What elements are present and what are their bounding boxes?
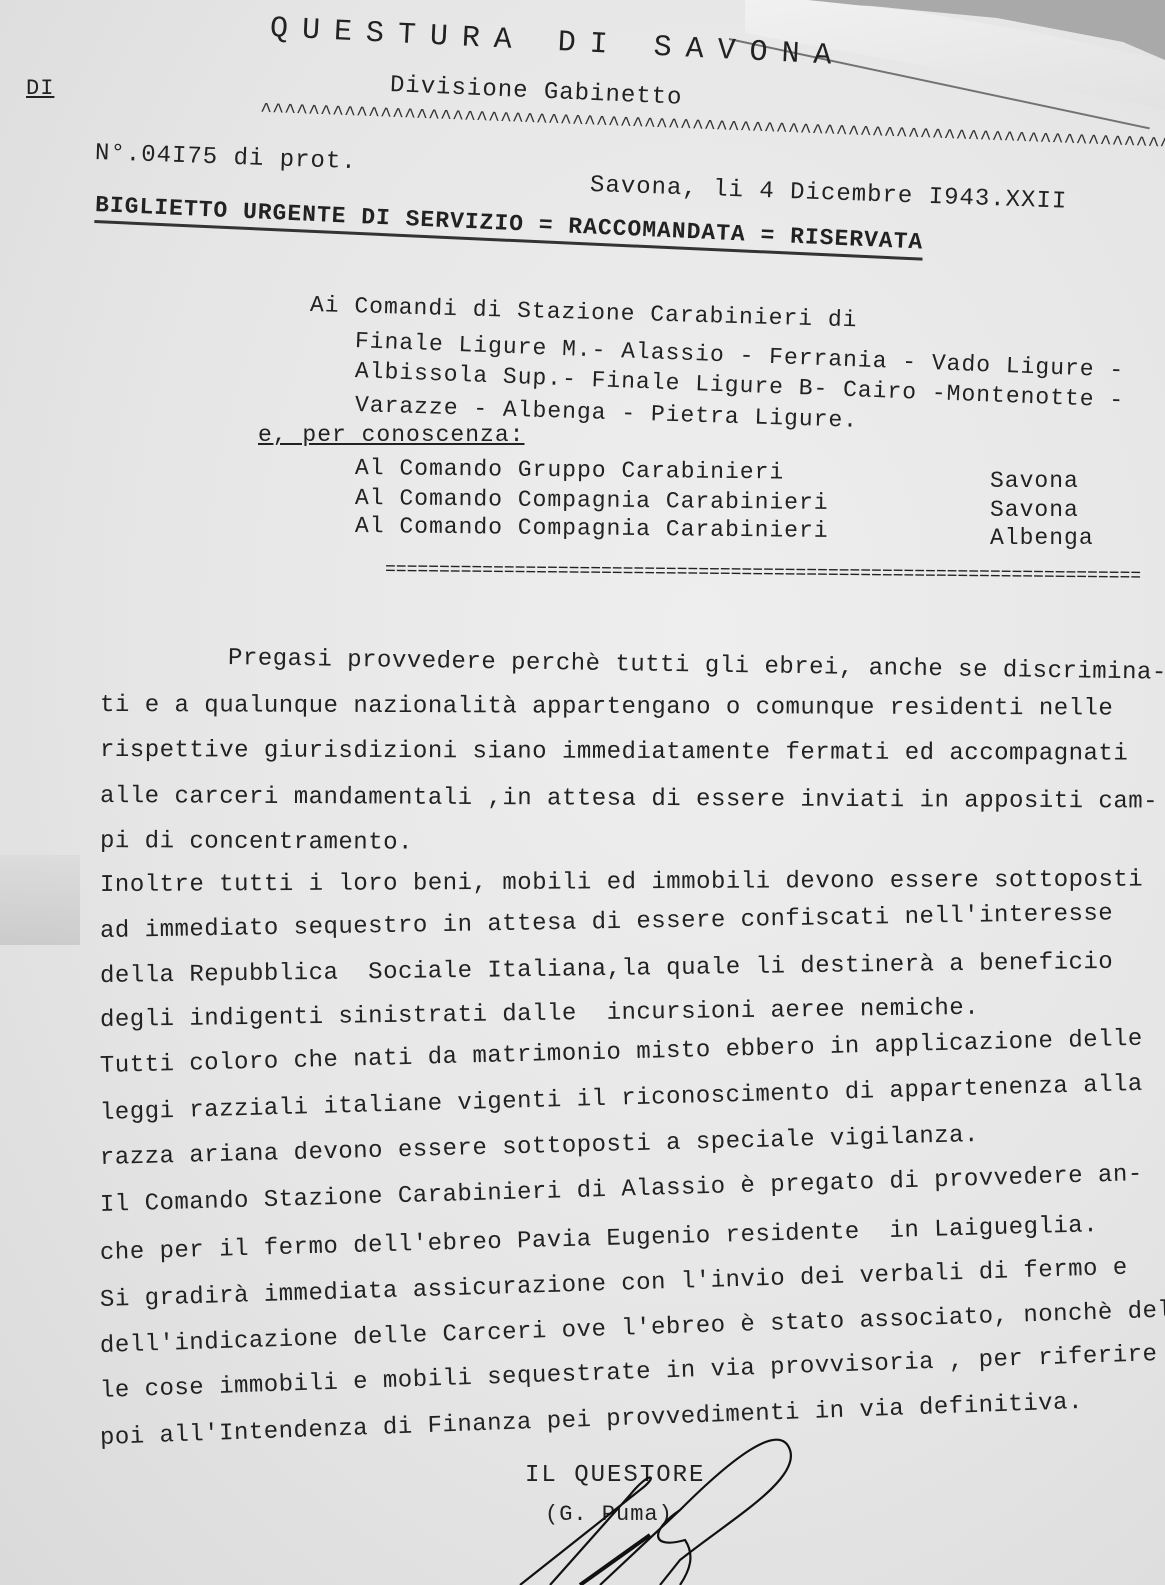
separator-rule: ========================================… [385, 560, 1141, 587]
body-line: Inoltre tutti i loro beni, mobili ed imm… [100, 867, 1143, 899]
body-line: ad immediato sequestro in attesa di esse… [100, 900, 1114, 945]
body-line: Tutti coloro che nati da matrimonio mist… [100, 1026, 1144, 1080]
body-line: rispettive giurisdizioni siano immediata… [100, 737, 1128, 768]
recipient-line: Ai Comandi di Stazione Carabinieri di [310, 292, 858, 333]
handwritten-signature [480, 1420, 820, 1585]
cc-recipient: Al Comando Gruppo Carabinieri [355, 455, 785, 485]
header-rule: ^^^^^^^^^^^^^^^^^^^^^^^^^^^^^^^^^^^^^^^^… [260, 100, 1165, 159]
body-line: alle carceri mandamentali ,in attesa di … [100, 783, 1158, 816]
body-line: razza ariana devono essere sottoposti a … [100, 1122, 980, 1172]
cc-city: Savona [990, 497, 1079, 523]
body-line: leggi razziali italiane vigenti il ricon… [100, 1071, 1144, 1127]
cc-city: Savona [990, 468, 1079, 494]
document-page: DI QUESTURA DI SAVONA Divisione Gabinett… [0, 0, 1165, 1585]
body-line: Pregasi provvedere perchè tutti gli ebre… [228, 645, 1165, 687]
cc-city: Albenga [990, 525, 1094, 551]
cc-recipient: Al Comando Compagnia Carabinieri [355, 485, 829, 516]
cc-label: e, per conoscenza: [258, 422, 524, 448]
body-line: che per il fermo dell'ebreo Pavia Eugeni… [100, 1212, 1099, 1267]
cc-recipient: Al Comando Compagnia Carabinieri [355, 513, 829, 544]
paper-shadow [0, 855, 80, 945]
protocol-number: N°.04I75 di prot. [95, 140, 358, 176]
place-date: Savona, li 4 Dicembre I943.XXII [590, 172, 1068, 216]
body-line: pi di concentramento. [100, 828, 413, 857]
body-line: Il Comando Stazione Carabinieri di Alass… [100, 1161, 1144, 1219]
body-line: ti e a qualunque nazionalità appartengan… [100, 692, 1113, 723]
margin-mark: DI [26, 76, 54, 101]
body-line: della Repubblica Sociale Italiana,la qua… [100, 949, 1114, 990]
body-line: degli indigenti sinistrati dalle incursi… [100, 995, 980, 1034]
